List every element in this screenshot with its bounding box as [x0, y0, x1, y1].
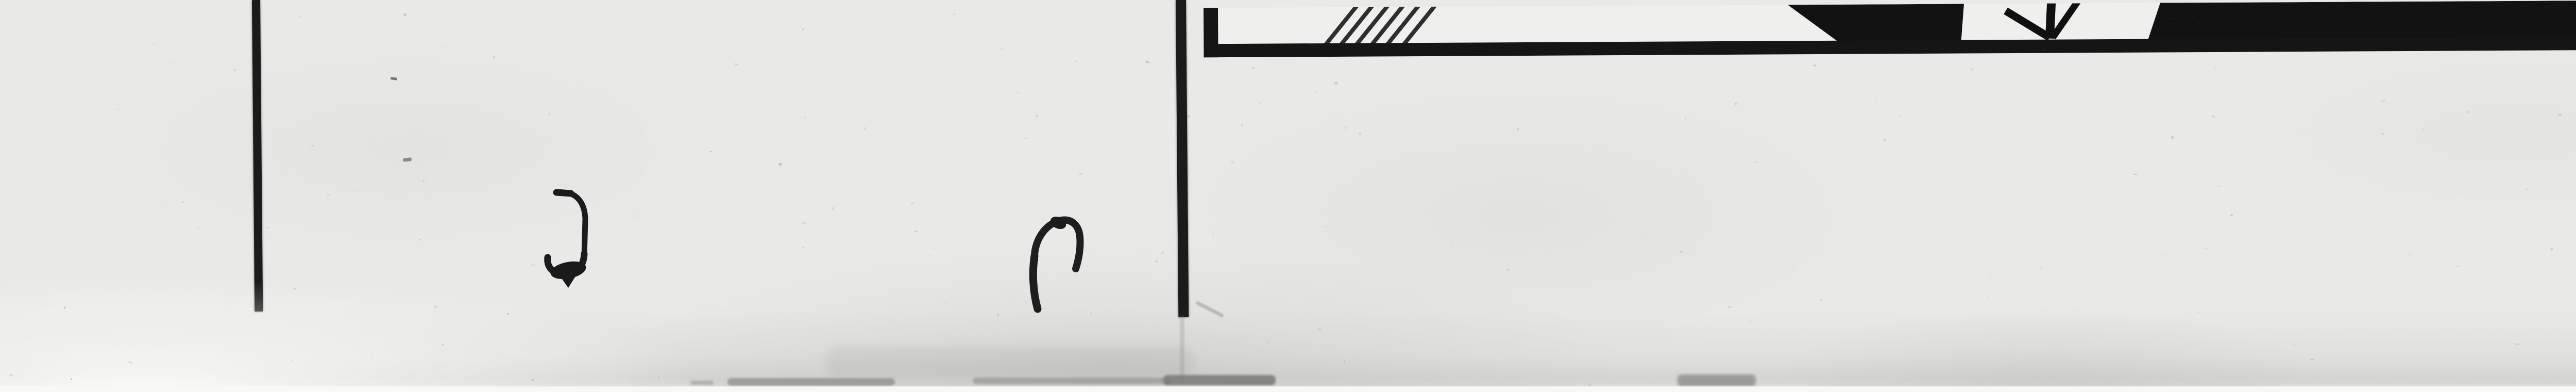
- paper-speck: [709, 151, 712, 153]
- paper-speck: [713, 128, 717, 128]
- paper-speck: [2382, 133, 2384, 136]
- paper-speck: [403, 13, 406, 16]
- paper-speck: [327, 194, 330, 196]
- edge-smudge: [690, 381, 714, 385]
- paper-speck: [1884, 139, 1886, 142]
- paper-speck: [802, 222, 806, 224]
- paper-speck: [1517, 128, 1520, 130]
- paper-speck: [1024, 137, 1027, 139]
- paper-speck: [1735, 103, 1737, 105]
- paper-speck: [419, 239, 422, 241]
- paper-speck: [806, 150, 807, 150]
- paper-speck: [2466, 111, 2470, 113]
- paper-speck: [2422, 128, 2424, 130]
- paper-speck: [565, 11, 567, 12]
- paper-speck: [298, 16, 301, 17]
- paper-speck: [1685, 118, 1686, 119]
- paper-speck: [1334, 81, 1338, 85]
- paper-speck: [1473, 198, 1476, 200]
- paper-speck: [1506, 269, 1510, 271]
- paper-speck: [1820, 299, 1823, 301]
- paper-speck: [1646, 237, 1650, 238]
- paper-speck: [825, 31, 827, 33]
- paper-speck: [1728, 306, 1731, 308]
- left-panel-right-rule: [1176, 0, 1189, 317]
- paper-speck: [2217, 186, 2221, 187]
- paper-speck: [530, 81, 532, 83]
- paper-speck: [118, 109, 119, 110]
- paper-speck: [1899, 115, 1902, 116]
- edge-smudge: [973, 378, 1171, 384]
- paper-speck: [1359, 133, 1361, 135]
- paper-speck: [778, 162, 783, 166]
- paper-speck: [2459, 190, 2460, 193]
- left-panel-left-rule: [252, 0, 263, 312]
- paper-speck: [1560, 126, 1563, 127]
- paper-speck: [1001, 48, 1003, 50]
- paper-speck: [1259, 102, 1261, 105]
- paper-speck: [2557, 113, 2562, 117]
- paper-speck: [1155, 260, 1158, 262]
- paper-speck: [1187, 115, 1190, 118]
- paper-speck: [1876, 97, 1877, 100]
- paper-speck: [311, 144, 315, 147]
- paper-speck: [2408, 253, 2411, 255]
- paper-speck: [2550, 248, 2554, 251]
- paper-speck: [1231, 161, 1234, 164]
- paper-speck: [863, 127, 866, 130]
- paper-speck: [1145, 60, 1150, 63]
- paper-speck: [1017, 92, 1019, 93]
- paper-speck: [1212, 233, 1214, 236]
- edge-smudge: [1677, 374, 1756, 386]
- paper-speck: [1036, 115, 1038, 117]
- edge-smudge: [727, 378, 895, 386]
- paper-speck: [735, 63, 738, 66]
- paper-speck: [1079, 173, 1083, 175]
- paper-speck: [804, 117, 806, 119]
- paper-speck: [1452, 245, 1454, 247]
- paper-speck: [493, 56, 495, 59]
- paper-speck: [1241, 124, 1244, 126]
- paper-speck: [1680, 251, 1683, 253]
- paper-speck: [781, 123, 782, 124]
- paper-speck: [356, 190, 358, 192]
- paper-speck: [1754, 161, 1758, 164]
- ink-speck: [403, 157, 412, 162]
- paper-speck: [1989, 273, 1993, 275]
- paper-speck: [1247, 189, 1250, 190]
- paper-speck: [802, 247, 804, 249]
- paper-speck: [2031, 252, 2033, 253]
- paper-speck: [833, 207, 834, 210]
- paper-speck: [154, 43, 155, 45]
- paper-speck: [2230, 214, 2233, 216]
- paper-speck: [2212, 115, 2215, 118]
- paper-speck: [531, 264, 535, 266]
- paper-speck: [932, 248, 936, 249]
- paper-speck: [549, 113, 550, 115]
- page-edge-white-strip: [0, 386, 2576, 392]
- paper-speck: [2205, 248, 2208, 250]
- paper-speck: [1325, 226, 1327, 228]
- paper-speck: [953, 13, 956, 16]
- paper-speck: [196, 227, 199, 229]
- paper-speck: [1161, 252, 1164, 255]
- paper-speck: [802, 28, 804, 30]
- paper-speck: [234, 69, 236, 72]
- paper-speck: [914, 231, 918, 232]
- paper-speck: [2456, 266, 2460, 267]
- paper-speck: [444, 45, 446, 47]
- paper-speck: [2526, 188, 2528, 190]
- paper-speck: [422, 180, 425, 183]
- paper-speck: [911, 202, 914, 204]
- paper-speck: [2133, 173, 2137, 175]
- paper-speck: [209, 193, 211, 194]
- glyph-strokes: [1033, 220, 1080, 309]
- paper-speck: [1344, 126, 1348, 129]
- ink-speck: [391, 77, 398, 80]
- scanned-page: 61: [0, 0, 2576, 392]
- paper-speck: [1076, 60, 1078, 62]
- paper-speck: [2171, 136, 2174, 139]
- paper-speck: [2039, 267, 2042, 269]
- panel-left-border: [1204, 8, 1218, 57]
- paper-speck: [181, 201, 184, 203]
- paper-speck: [781, 24, 782, 25]
- paper-speck: [23, 63, 27, 65]
- paper-speck: [172, 63, 175, 64]
- paper-speck: [945, 302, 947, 304]
- illustration-panel-fragment: [1200, 0, 2576, 80]
- paper-speck: [163, 200, 164, 201]
- paper-speck: [581, 148, 583, 149]
- paper-speck: [1314, 91, 1317, 94]
- paper-speck: [2381, 100, 2385, 102]
- paper-speck: [265, 226, 269, 228]
- paper-speck: [2075, 144, 2079, 146]
- paper-speck: [1987, 298, 1989, 299]
- paper-speck: [2162, 254, 2164, 256]
- bottom-left-highlight: [0, 279, 721, 392]
- edge-smudge: [1163, 375, 1276, 385]
- panel-artwork: [1200, 0, 2576, 80]
